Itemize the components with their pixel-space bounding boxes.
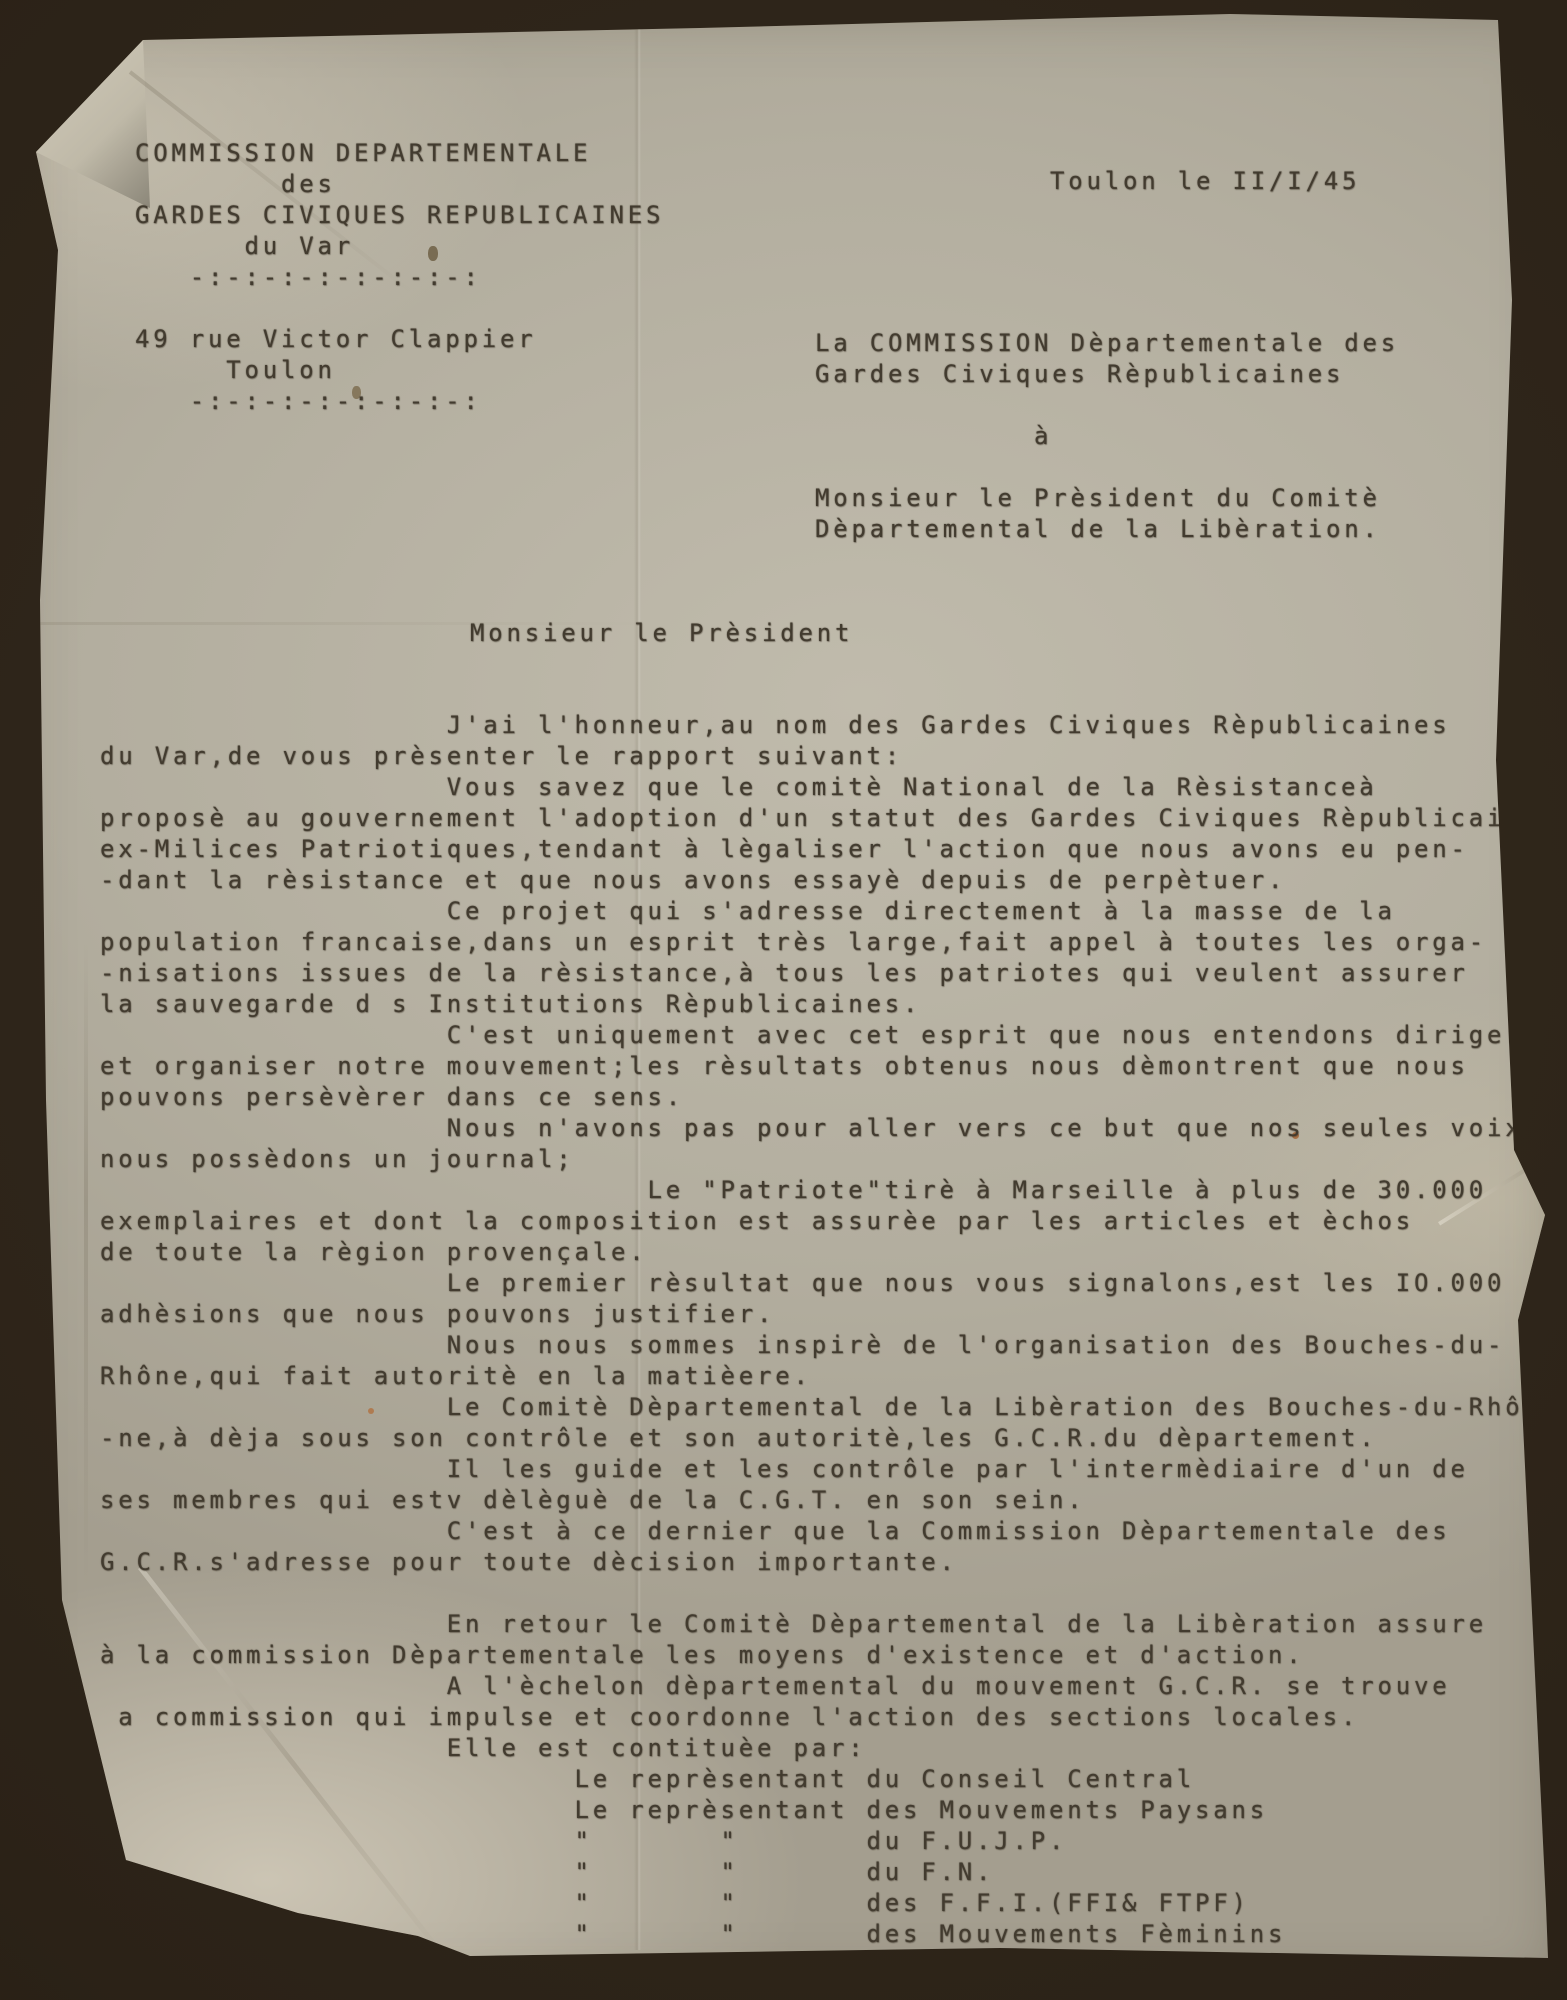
letterhead-sender-block: COMMISSION DEPARTEMENTALE des GARDES CIV… — [135, 138, 664, 417]
salutation: Monsieur le Prèsident — [470, 618, 853, 649]
date-line: Toulon le II/I/45 — [1050, 166, 1360, 197]
scan-background: COMMISSION DEPARTEMENTALE des GARDES CIV… — [0, 0, 1567, 2000]
letter-body: J'ai l'honneur,au nom des Gardes Civique… — [100, 710, 1523, 1950]
letter-paper: COMMISSION DEPARTEMENTALE des GARDES CIV… — [0, 0, 1567, 2000]
paper-crease-left-edge — [84, 940, 88, 1590]
recipient-block: La COMMISSION Dèpartementale des Gardes … — [815, 328, 1399, 545]
